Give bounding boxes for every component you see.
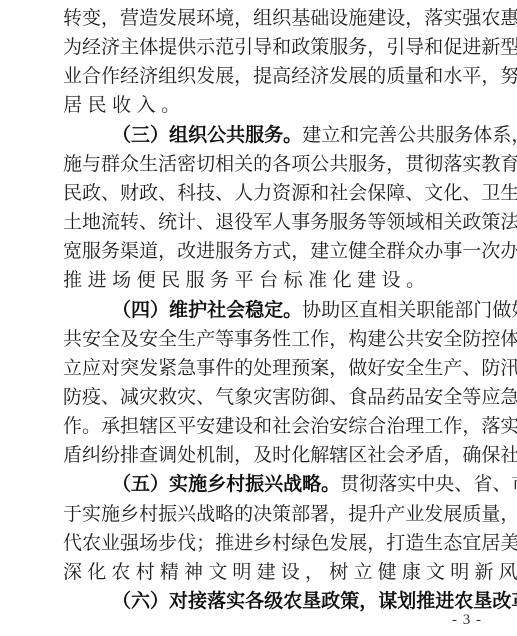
heading-char: 。	[283, 121, 302, 150]
text-line: 代农业强场步伐；推进乡村绿色发展，打造生态宜居美丽乡村；	[63, 529, 481, 558]
body-char: ，	[234, 4, 253, 33]
body-char: 进	[88, 266, 113, 295]
body-char: 群	[386, 237, 405, 266]
body-char: 经	[291, 62, 310, 91]
body-char: 相	[215, 150, 234, 179]
body-char: 作	[63, 412, 82, 441]
text-line: 宽服务渠道，改进服务方式，建立健全群众办事一次办结机制，	[63, 237, 481, 266]
body-char: 兴	[177, 500, 196, 529]
body-char: 建	[310, 237, 329, 266]
body-char: 治	[310, 412, 329, 441]
body-char: 门	[473, 296, 492, 325]
body-char: 、	[462, 354, 481, 383]
body-char: 渠	[120, 237, 139, 266]
body-char: 障	[386, 179, 405, 208]
body-char: 完	[359, 121, 378, 150]
body-char: 发	[329, 62, 348, 91]
body-char: 引	[234, 33, 253, 62]
body-char: 象	[234, 383, 253, 412]
body-char: 协	[302, 296, 321, 325]
body-char: 公	[310, 150, 329, 179]
heading-char: 织	[188, 121, 207, 150]
body-char: 式	[272, 237, 291, 266]
body-char: 生	[139, 150, 158, 179]
body-char: 设	[234, 412, 253, 441]
body-char: 新	[474, 558, 498, 587]
body-char: 农	[111, 558, 135, 587]
body-char: 好	[511, 296, 517, 325]
body-char: 灾	[139, 383, 158, 412]
body-char: 化	[443, 179, 462, 208]
body-char: 进	[196, 237, 215, 266]
body-char: 作	[101, 62, 120, 91]
body-char: 理	[405, 412, 424, 441]
body-char: 展	[443, 500, 462, 529]
body-char: 合	[367, 412, 386, 441]
body-char: 务	[310, 208, 329, 237]
body-char: 和	[310, 179, 329, 208]
body-char: 直	[359, 296, 378, 325]
body-char: 策	[481, 208, 500, 237]
body-char: 展	[177, 4, 196, 33]
body-char: 、	[462, 179, 481, 208]
body-char: 防	[63, 383, 82, 412]
body-char: 明	[232, 558, 256, 587]
body-char: 产	[443, 354, 462, 383]
body-char: 技	[196, 179, 215, 208]
body-char: 社	[329, 179, 348, 208]
body-char: ，	[329, 354, 348, 383]
text-line: 为经济主体提供示范引导和政策服务，引导和促进新型农村专	[63, 33, 481, 62]
body-char: 造	[405, 529, 424, 558]
body-char: 能	[435, 296, 454, 325]
body-char: ，	[158, 237, 177, 266]
body-char: 安	[424, 325, 443, 354]
body-char: 社	[500, 441, 517, 470]
body-char: 共	[329, 150, 348, 179]
body-char: 关	[443, 208, 462, 237]
heading-char: 对	[169, 587, 188, 616]
body-char: 体	[500, 325, 517, 354]
body-char: 计	[177, 208, 196, 237]
body-char: 风	[499, 558, 517, 587]
body-char: 保	[481, 441, 500, 470]
body-char: 于	[63, 500, 82, 529]
body-char: 生	[424, 354, 443, 383]
body-char: 各	[272, 150, 291, 179]
body-char: 军	[253, 208, 272, 237]
body-char: 安	[424, 383, 443, 412]
body-char: 便	[137, 266, 162, 295]
body-char: 承	[101, 412, 120, 441]
body-char: 健	[348, 237, 367, 266]
body-char: 立	[329, 237, 348, 266]
body-char: 伐	[177, 529, 196, 558]
body-char: 导	[405, 33, 424, 62]
body-char: 居	[481, 529, 500, 558]
body-char: 乡	[120, 500, 139, 529]
body-char: 色	[310, 529, 329, 558]
text-line: 共安全及安全生产等事务性工作，构建公共安全防控体系，建	[63, 325, 481, 354]
body-char: 省	[473, 470, 492, 499]
body-char: 。	[82, 412, 101, 441]
body-char: 工	[424, 412, 443, 441]
body-char: 、	[196, 208, 215, 237]
body-char: 提	[348, 500, 367, 529]
body-char: 居	[63, 91, 88, 120]
heading-char: （	[112, 121, 131, 150]
body-char: 综	[348, 412, 367, 441]
body-char: 众	[120, 150, 139, 179]
body-char: 关	[397, 296, 416, 325]
body-char: 量	[481, 500, 500, 529]
body-char: 部	[454, 296, 473, 325]
body-char: 策	[272, 500, 291, 529]
text-line: 防疫、减灾救灾、气象灾害防御、食品药品安全等应急管理工	[63, 383, 481, 412]
heading-char: 垦	[302, 587, 321, 616]
body-char: 作	[310, 325, 329, 354]
body-char: 纷	[101, 441, 120, 470]
body-char: ，	[291, 237, 310, 266]
body-char: 作	[443, 412, 462, 441]
body-char: 害	[272, 383, 291, 412]
body-char: 教	[481, 150, 500, 179]
body-char: 明	[450, 558, 474, 587]
body-char: 范	[215, 33, 234, 62]
body-char: 辖	[139, 412, 158, 441]
heading-char: 三	[131, 121, 150, 150]
body-char: 食	[348, 383, 367, 412]
body-char: 平	[177, 412, 196, 441]
body-char: 域	[405, 208, 424, 237]
heading-char: 组	[169, 121, 188, 150]
body-char: 查	[139, 441, 158, 470]
body-char: 、	[158, 179, 177, 208]
body-char: 灾	[253, 383, 272, 412]
body-char: 好	[367, 354, 386, 383]
body-char: 场	[139, 529, 158, 558]
body-char: 事	[234, 325, 253, 354]
body-char: 机	[196, 441, 215, 470]
body-char: ，	[234, 62, 253, 91]
body-char: 气	[215, 383, 234, 412]
body-char: 台	[259, 266, 284, 295]
body-char: 共	[405, 325, 424, 354]
body-char: 打	[386, 529, 405, 558]
body-char: 政	[139, 179, 158, 208]
body-char: 品	[367, 383, 386, 412]
body-char: 服	[186, 266, 211, 295]
text-line: 民政、财政、科技、人力资源和社会保障、文化、卫生健康、	[63, 179, 481, 208]
heading-char: 社	[207, 296, 226, 325]
heading-char: 落	[207, 587, 226, 616]
body-char: 进	[234, 529, 253, 558]
body-char: 相	[424, 208, 443, 237]
heading-char: （	[112, 296, 131, 325]
text-line: 居民收入。	[63, 91, 481, 120]
body-char: 等	[462, 383, 481, 412]
body-char: 服	[348, 150, 367, 179]
text-line: 施与群众生活密切相关的各项公共服务，贯彻落实教育体育、	[63, 150, 481, 179]
body-char: 水	[443, 62, 462, 91]
body-char: 保	[367, 179, 386, 208]
body-char: 对	[101, 354, 120, 383]
body-char: 为	[63, 33, 82, 62]
body-char: 立	[353, 558, 377, 587]
body-char: 精	[160, 558, 184, 587]
heading-char: 村	[226, 470, 245, 499]
heading-char: 。	[283, 296, 302, 325]
heading-char: 定	[264, 296, 283, 325]
body-char: 解	[310, 441, 329, 470]
body-char: 质	[462, 500, 481, 529]
heading-char: 实	[226, 587, 245, 616]
heading-char: 五	[131, 470, 150, 499]
body-char: 切	[196, 150, 215, 179]
heading-char: 策	[340, 587, 359, 616]
body-char: 进	[462, 33, 481, 62]
body-char: 急	[500, 383, 517, 412]
body-char: 科	[177, 179, 196, 208]
body-char: 财	[120, 179, 139, 208]
body-char: 全	[101, 325, 120, 354]
body-char: 政	[291, 33, 310, 62]
body-char: 民	[161, 266, 186, 295]
body-char: 共	[416, 121, 435, 150]
body-char: 事	[443, 237, 462, 266]
body-char: 、	[101, 179, 120, 208]
heading-char: 施	[188, 470, 207, 499]
heading-char: 实	[169, 470, 188, 499]
body-char: 安	[386, 354, 405, 383]
body-char: 应	[481, 383, 500, 412]
body-char: 务	[454, 121, 473, 150]
body-char: 立	[63, 354, 82, 383]
body-char: 化	[333, 266, 358, 295]
heading-char: 服	[245, 121, 264, 150]
heading-char: 会	[226, 296, 245, 325]
body-char: 调	[158, 441, 177, 470]
body-char: 减	[120, 383, 139, 412]
body-char: ，	[367, 529, 386, 558]
body-char: ，	[462, 412, 481, 441]
body-char: 全	[405, 354, 424, 383]
body-char: 众	[405, 237, 424, 266]
heading-char: （	[112, 587, 131, 616]
body-char: 织	[272, 4, 291, 33]
body-char: 宜	[462, 529, 481, 558]
body-char: 部	[291, 500, 310, 529]
body-char: 供	[177, 33, 196, 62]
body-char: 设	[386, 4, 405, 33]
body-char: 工	[291, 325, 310, 354]
body-char: 退	[215, 208, 234, 237]
body-char: 和	[253, 412, 272, 441]
heading-char: ）	[150, 121, 169, 150]
body-char: 方	[253, 237, 272, 266]
body-char: 矛	[405, 441, 424, 470]
body-char: 案	[310, 354, 329, 383]
body-char: 实	[82, 500, 101, 529]
body-char: 量	[405, 62, 424, 91]
body-char: 振	[158, 500, 177, 529]
heading-char: 革	[511, 587, 517, 616]
body-char: 会	[348, 179, 367, 208]
body-char: ，	[511, 121, 517, 150]
body-char: 流	[101, 208, 120, 237]
body-char: 性	[272, 325, 291, 354]
body-char: 准	[308, 266, 333, 295]
body-char: 设	[281, 558, 305, 587]
body-char: 经	[120, 62, 139, 91]
body-char: 安	[139, 325, 158, 354]
body-char: 公	[386, 325, 405, 354]
body-char: 土	[63, 208, 82, 237]
body-char: ，	[481, 62, 500, 91]
body-char: 防	[462, 325, 481, 354]
body-char: 展	[348, 62, 367, 91]
body-char: 构	[348, 325, 367, 354]
heading-char: 稳	[245, 296, 264, 325]
body-char: 村	[272, 529, 291, 558]
body-char: 紧	[158, 354, 177, 383]
body-char: 标	[284, 266, 309, 295]
text-line: 土地流转、统计、退役军人事务服务等领域相关政策法规。拓	[63, 208, 481, 237]
body-char: 社	[367, 441, 386, 470]
body-char: ，	[329, 325, 348, 354]
body-char: 和	[340, 121, 359, 150]
body-char: 农	[82, 529, 101, 558]
body-char: 发	[158, 4, 177, 33]
body-char: 政	[462, 208, 481, 237]
body-char: 署	[310, 500, 329, 529]
heading-char: 乡	[207, 470, 226, 499]
body-char: 、	[492, 470, 511, 499]
body-char: 市	[511, 470, 517, 499]
body-char: 经	[82, 33, 101, 62]
body-char: 社	[272, 412, 291, 441]
body-char: 设	[329, 4, 348, 33]
text-line: 作。承担辖区平安建设和社会治安综合治理工作，落实社会矛	[63, 412, 481, 441]
body-char: 推	[63, 266, 88, 295]
body-char: 系	[492, 121, 511, 150]
body-char: ，	[234, 441, 253, 470]
body-char: 业	[405, 500, 424, 529]
body-char: 服	[215, 237, 234, 266]
body-char: 的	[234, 354, 253, 383]
body-char: 办	[500, 237, 517, 266]
body-char: 设	[382, 266, 407, 295]
body-char: 急	[177, 354, 196, 383]
body-char: 中	[416, 470, 435, 499]
body-char: 善	[378, 121, 397, 150]
document-page: 转变，营造发展环境，组织基础设施建设，落实强农惠农措施，为经济主体提供示范引导和…	[0, 0, 517, 636]
body-char: 型	[500, 33, 517, 62]
body-char: ，	[329, 500, 348, 529]
body-char: 全	[158, 325, 177, 354]
body-char: 文	[208, 558, 232, 587]
body-char: 疫	[82, 383, 101, 412]
body-char: 预	[291, 354, 310, 383]
body-char: 活	[158, 150, 177, 179]
body-char: 推	[215, 529, 234, 558]
body-char: 略	[215, 500, 234, 529]
body-char: 文	[426, 558, 450, 587]
body-char: 盾	[424, 441, 443, 470]
body-char: 农	[481, 4, 500, 33]
text-line: 于实施乡村振兴战略的决策部署，提升产业发展质量，加快现	[63, 500, 481, 529]
body-char: ，	[367, 33, 386, 62]
body-char: 织	[177, 62, 196, 91]
body-char: 村	[136, 558, 160, 587]
body-char: 引	[386, 33, 405, 62]
body-char: 态	[443, 529, 462, 558]
body-char: 地	[82, 208, 101, 237]
text-line: 深化农村精神文明建设，树立健康文明新风尚。	[63, 558, 481, 587]
body-char: 安	[329, 412, 348, 441]
body-char: 的	[367, 62, 386, 91]
body-char: 营	[120, 4, 139, 33]
body-char: 与	[82, 150, 101, 179]
body-char: 入	[137, 91, 162, 120]
body-char: 村	[139, 500, 158, 529]
body-char: 全	[443, 325, 462, 354]
body-char: 务	[234, 237, 253, 266]
body-char: 体	[473, 121, 492, 150]
heading-char: 战	[283, 470, 302, 499]
text-line: （四）维护社会稳定。协助区直相关职能部门做好辖区公	[112, 296, 481, 325]
body-char: 、	[329, 383, 348, 412]
body-char: 民	[88, 91, 113, 120]
body-char: 贯	[340, 470, 359, 499]
body-char: 步	[158, 529, 177, 558]
body-char: 合	[82, 62, 101, 91]
body-char: 人	[272, 208, 291, 237]
body-char: 绿	[291, 529, 310, 558]
body-char: 展	[348, 529, 367, 558]
body-char: 实	[500, 412, 517, 441]
body-char: 密	[177, 150, 196, 179]
heading-char: 略	[302, 470, 321, 499]
body-char: 应	[82, 354, 101, 383]
body-char: 宽	[63, 237, 82, 266]
body-char: 健	[378, 558, 402, 587]
body-char: 务	[210, 266, 235, 295]
body-char: 民	[63, 179, 82, 208]
body-char: 统	[158, 208, 177, 237]
body-char: 突	[120, 354, 139, 383]
heading-char: 各	[245, 587, 264, 616]
body-char: 。	[406, 266, 431, 295]
heading-char: 推	[416, 587, 435, 616]
body-char: 全	[367, 237, 386, 266]
heading-char: 维	[169, 296, 188, 325]
body-char: 业	[63, 62, 82, 91]
body-char: 的	[234, 500, 253, 529]
heading-char: 共	[226, 121, 245, 150]
heading-char: 公	[207, 121, 226, 150]
body-char: 道	[139, 237, 158, 266]
body-char: 示	[196, 33, 215, 62]
body-char: 施	[101, 500, 120, 529]
heading-char: 谋	[378, 587, 397, 616]
body-char: 发	[196, 62, 215, 91]
body-char: 础	[310, 4, 329, 33]
body-char: 处	[253, 354, 272, 383]
body-char: 施	[63, 150, 82, 179]
body-char: 建	[367, 4, 386, 33]
body-char: 辖	[329, 441, 348, 470]
